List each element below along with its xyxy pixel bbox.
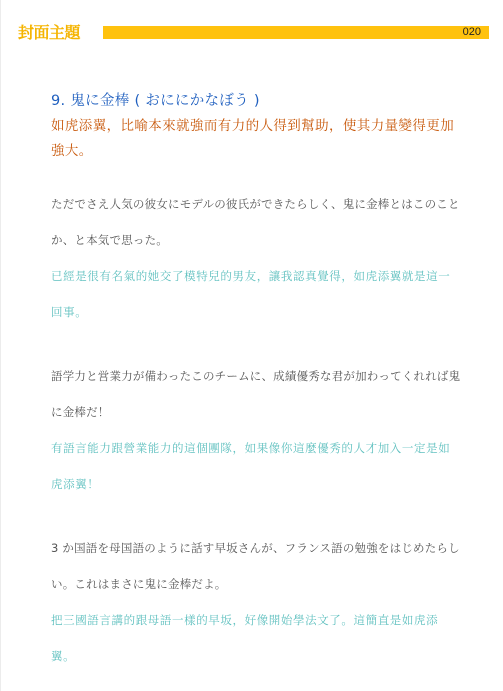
example-2: 語学力と営業力が備わったこのチームに、成績優秀な君が加わってくれれば鬼に金棒だ！… <box>51 358 461 502</box>
example-chinese: 有語言能力跟營業能力的這個團隊，如果像你這麼優秀的人才加入一定是如虎添翼！ <box>51 430 461 502</box>
header-accent-bar: 020 <box>103 26 489 39</box>
example-japanese: 3 か国語を母国語のように話す早坂さんが、フランス語の勉強をはじめたらしい。これ… <box>51 530 461 602</box>
example-chinese: 把三國語言講的跟母語一樣的早坂，好像開始學法文了。這簡直是如虎添翼。 <box>51 602 461 674</box>
example-japanese: 語学力と営業力が備わったこのチームに、成績優秀な君が加わってくれれば鬼に金棒だ！ <box>51 358 461 430</box>
entry-title: 9. 鬼に金棒 ( おににかなぼう ) <box>51 90 461 112</box>
entry-content: 9. 鬼に金棒 ( おににかなぼう ) 如虎添翼，比喻本來就強而有力的人得到幫助… <box>51 90 461 674</box>
example-japanese: ただでさえ人気の彼女にモデルの彼氏ができたらしく、鬼に金棒とはこのことか、と本気… <box>51 186 461 258</box>
example-1: ただでさえ人気の彼女にモデルの彼氏ができたらしく、鬼に金棒とはこのことか、と本気… <box>51 186 461 330</box>
entry-meaning: 如虎添翼，比喻本來就強而有力的人得到幫助，使其力量變得更加強大。 <box>51 114 461 164</box>
example-chinese: 已經是很有名氣的她交了模特兒的男友，讓我認真覺得，如虎添翼就是這一回事。 <box>51 258 461 330</box>
page-header: 封面主題 020 <box>18 22 489 44</box>
section-title: 封面主題 <box>18 22 80 44</box>
page-number: 020 <box>463 25 481 40</box>
example-3: 3 か国語を母国語のように話す早坂さんが、フランス語の勉強をはじめたらしい。これ… <box>51 530 461 674</box>
